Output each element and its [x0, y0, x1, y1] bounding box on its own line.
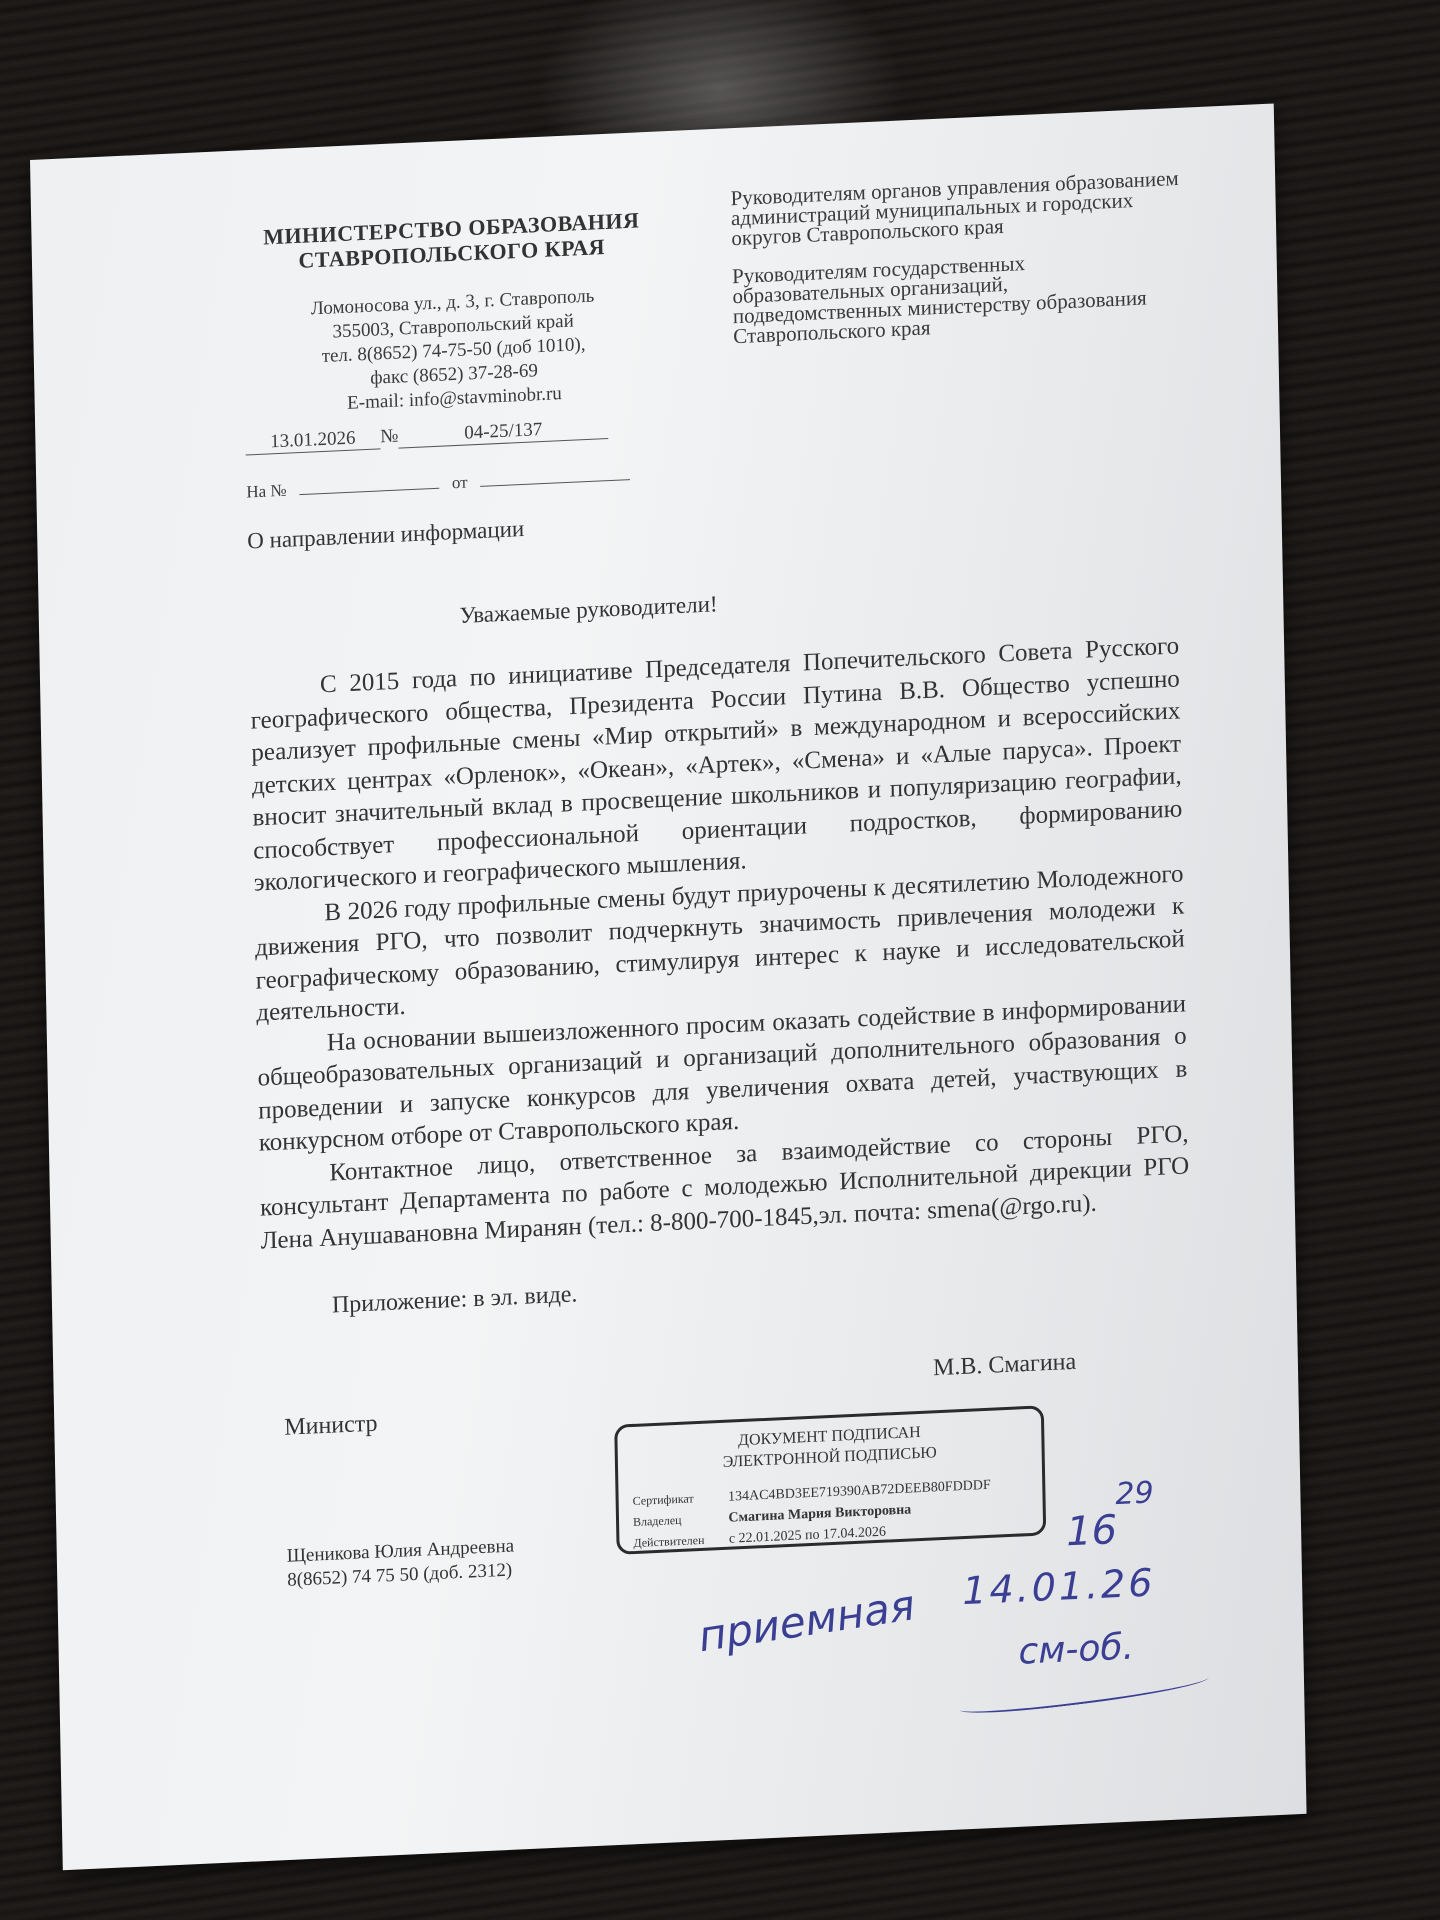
- stamp-title: ДОКУМЕНТ ПОДПИСАН ЭЛЕКТРОННОЙ ПОДПИСЬЮ: [631, 1417, 1027, 1477]
- letter-subject: О направлении информации: [247, 516, 524, 555]
- handwritten-date: 14.01.26: [962, 1560, 1156, 1613]
- incoming-date-field: [480, 465, 630, 487]
- addressee-block: Руководителям органов управления образов…: [730, 168, 1183, 364]
- stamp-valid-value: с 22.01.2025 по 17.04.2026: [729, 1525, 886, 1547]
- e-signature-stamp: ДОКУМЕНТ ПОДПИСАН ЭЛЕКТРОННОЙ ПОДПИСЬЮ С…: [614, 1405, 1046, 1555]
- incoming-number-label: На №: [246, 481, 287, 502]
- handwritten-number: 16: [1066, 1507, 1118, 1555]
- greeting: Уважаемые руководители!: [39, 572, 1138, 648]
- outgoing-number: 04-25/137: [398, 416, 608, 449]
- attachment-note: Приложение: в эл. виде.: [332, 1281, 578, 1319]
- outgoing-number-label: №: [380, 426, 399, 448]
- handwritten-underline-stroke: [959, 1669, 1210, 1718]
- letter-body: С 2015 года по инициативе Председателя П…: [250, 630, 1190, 1257]
- outgoing-reference: 13.01.2026№04-25/137: [245, 413, 665, 455]
- signatory-title: Министр: [284, 1411, 378, 1442]
- executor-block: Щеникова Юлия Андреевна 8(8652) 74 75 50…: [287, 1534, 515, 1592]
- incoming-reference: На № от: [246, 463, 666, 502]
- handwritten-initials: см-об.: [1018, 1626, 1134, 1672]
- stamp-valid-label: Действителен: [633, 1529, 725, 1554]
- sender-contacts: Ломоносова ул., д. 3, г. Ставрополь 3550…: [243, 281, 665, 420]
- incoming-from-label: от: [452, 472, 468, 492]
- handwritten-number-super: 29: [1115, 1475, 1154, 1512]
- body-paragraph-1: С 2015 года по инициативе Председателя П…: [250, 630, 1183, 900]
- outgoing-date: 13.01.2026: [245, 426, 380, 455]
- addressee-1: Руководителям органов управления образов…: [730, 168, 1181, 248]
- sender-organization: МИНИСТЕРСТВО ОБРАЗОВАНИЯ СТАВРОПОЛЬСКОГО…: [241, 206, 662, 275]
- addressee-2: Руководителям государственных образовате…: [732, 246, 1183, 346]
- document-sheet: МИНИСТЕРСТВО ОБРАЗОВАНИЯ СТАВРОПОЛЬСКОГО…: [30, 104, 1307, 1871]
- handwritten-received-note: приемная: [696, 1580, 918, 1661]
- incoming-number-field: [299, 474, 439, 495]
- signatory-name: М.В. Смагина: [933, 1349, 1077, 1383]
